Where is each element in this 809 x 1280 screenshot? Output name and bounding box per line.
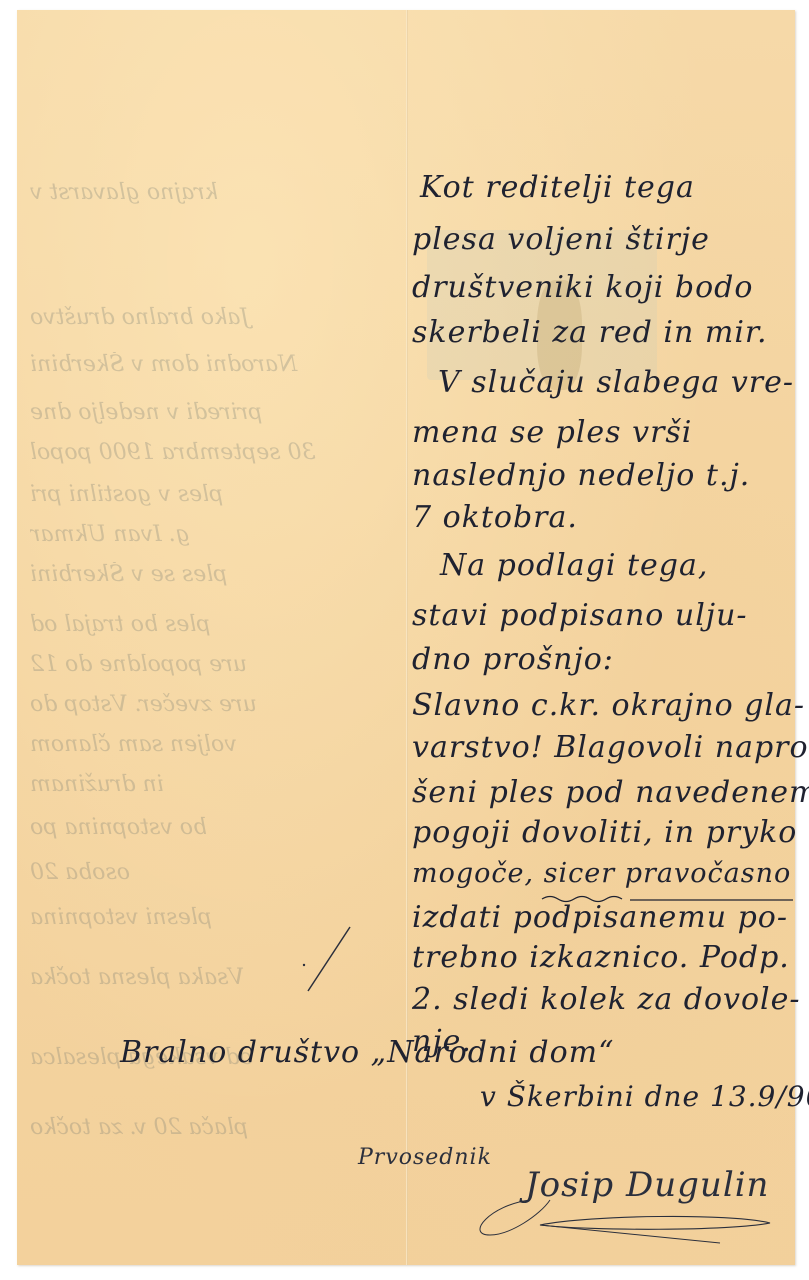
body-line-underlined: mogoče, sicer pravočasno: [412, 858, 791, 889]
body-line: skerbeli za red in mir.: [412, 315, 768, 350]
body-line: pogoji dovoliti, in pryko: [412, 815, 797, 850]
bleed-through-line: krajno glavarst v: [30, 180, 390, 205]
body-line: trebno izkaznico. Podp.: [412, 940, 790, 975]
society-name: Bralno društvo „Narodni dom“: [120, 1035, 614, 1070]
signature-flourish: [470, 1195, 780, 1245]
body-line: šeni ples pod navedenemi: [412, 775, 809, 810]
bleed-through-line: Jako bralno društvo: [30, 305, 390, 330]
body-line: 7 oktobra.: [412, 500, 578, 535]
bleed-through-line: in družinam: [30, 772, 390, 797]
body-line: naslednjo nedeljo t.j.: [412, 458, 750, 493]
body-line: V slučaju slabega vre-: [438, 365, 794, 400]
center-fold: [406, 10, 408, 1265]
signature-label: Prvosednik: [358, 1145, 492, 1170]
body-line: plesa voljeni štirje: [412, 222, 710, 257]
bleed-through-line: 30 septembra 1900 popol: [30, 440, 390, 465]
place-date: v Škerbini dne 13.9/900: [480, 1080, 809, 1113]
underline-mark: [540, 893, 795, 905]
bleed-through-line: bo vstopnina po: [30, 815, 390, 840]
bleed-through-line: ure popoldne do 12: [30, 652, 390, 677]
bleed-through-line: g. Ivan Ukmar: [30, 522, 390, 547]
bleed-through-line: voljen sam članom: [30, 732, 390, 757]
body-line: stavi podpisano ulju-: [412, 598, 748, 633]
body-line: dno prošnjo:: [412, 642, 614, 677]
body-line-text: mogoče, sicer pravočasno: [412, 858, 791, 889]
body-line: društveniki koji bodo: [412, 270, 753, 305]
body-line: izdati podpisanemu po-: [412, 900, 788, 935]
scanned-document: krajno glavarst v Jako bralno društvo Na…: [0, 0, 809, 1280]
bleed-through-line: plača 20 v. za točko: [30, 1115, 390, 1140]
bleed-through-line: osoba 20: [30, 860, 390, 885]
bleed-through-line: ples v gostilni pri: [30, 482, 390, 507]
bleed-through-line: ure zvečer. Vstop do: [30, 692, 390, 717]
body-line: Slavno c.kr. okrajno gla-: [412, 688, 805, 723]
bleed-through-line: ples bo trajal od: [30, 612, 390, 637]
body-line: Kot reditelji tega: [420, 170, 695, 205]
body-line: mena se ples vrši: [412, 415, 692, 450]
bleed-through-line: ples se v Škerbini: [30, 562, 390, 587]
bleed-through-line: Narodni dom v Škerbini: [30, 352, 390, 377]
body-line: Na podlagi tega,: [440, 548, 708, 583]
body-line: varstvo! Blagovoli napro-: [412, 730, 809, 765]
slash-mark: [300, 925, 360, 995]
body-line: 2. sledi kolek za dovole-: [412, 982, 801, 1017]
bleed-through-line: priredi v nedeljo dne: [30, 400, 390, 425]
